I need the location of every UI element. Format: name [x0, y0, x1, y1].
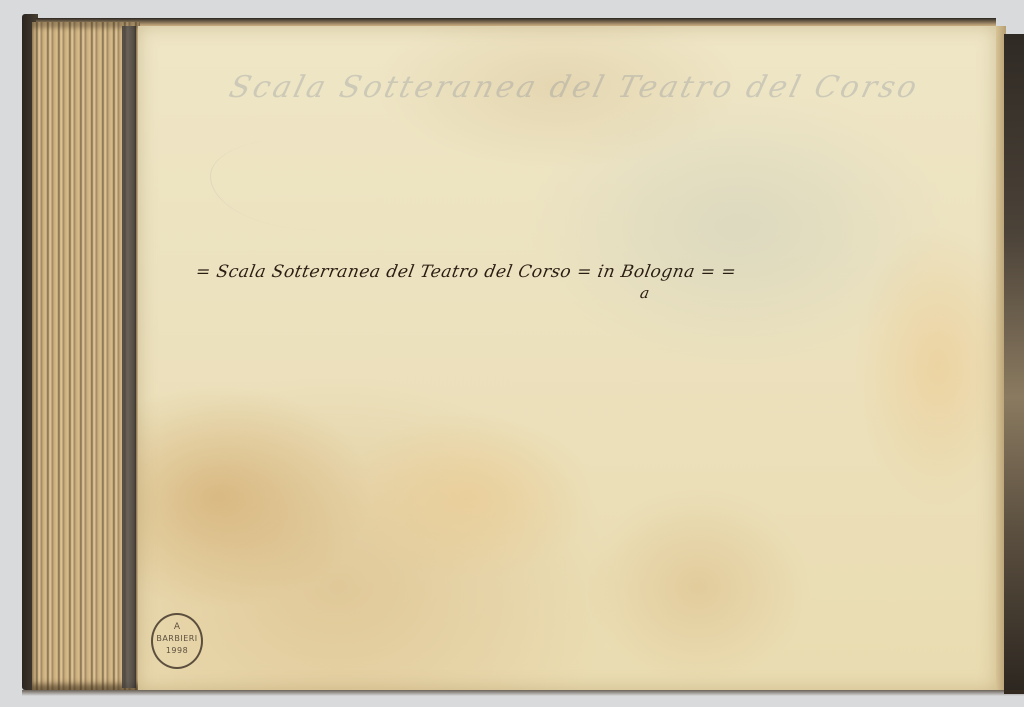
ink-caption-text: = Scala Sotterranea del Teatro del Corso…	[194, 262, 738, 282]
bottom-shadow	[22, 690, 1024, 696]
ink-caption: = Scala Sotterranea del Teatro del Corso…	[194, 262, 738, 282]
library-stamp: A BARBIERI 1998	[151, 613, 203, 669]
faint-pencil-title: Scala Sotteranea del Teatro del Corso	[226, 70, 915, 105]
sketchbook-page	[138, 26, 996, 690]
sketchbook	[22, 14, 1024, 694]
gutter-shadow	[122, 26, 136, 688]
stamp-line-2: BARBIERI	[153, 633, 201, 645]
stamp-line-3: 1998	[153, 645, 201, 657]
right-facing-page-edge	[1004, 34, 1024, 694]
stamp-line-1: A	[153, 621, 201, 633]
